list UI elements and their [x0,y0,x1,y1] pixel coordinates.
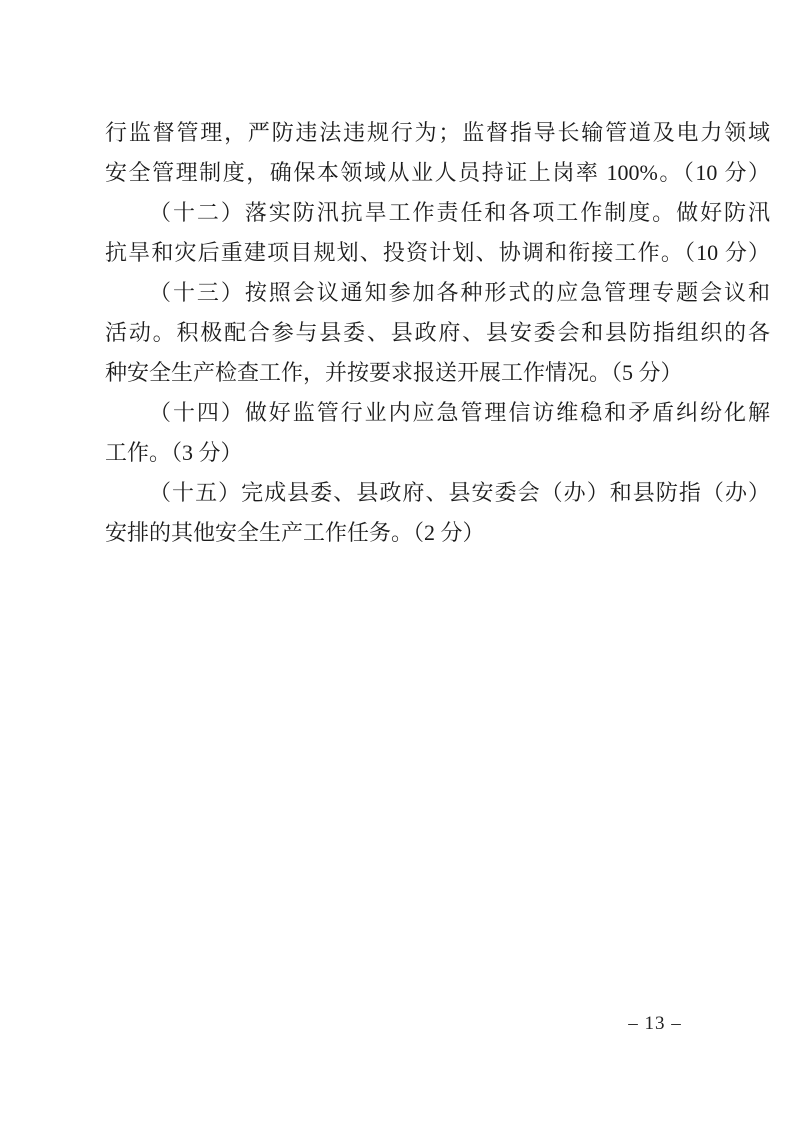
text-line: 种安全生产检查工作，并按要求报送开展工作情况。（5 分） [105,353,770,393]
page-number: – 13 – [615,1011,695,1037]
text-line: 安排的其他安全生产工作任务。（2 分） [105,513,770,553]
text-line: （十四）做好监管行业内应急管理信访维稳和矛盾纠纷化解 [105,393,770,433]
document-body: 行监督管理，严防违法违规行为；监督指导长输管道及电力领域安全管理制度，确保本领域… [105,113,770,553]
text-line: 活动。积极配合参与县委、县政府、县安委会和县防指组织的各 [105,313,770,353]
text-line: 抗旱和灾后重建项目规划、投资计划、协调和衔接工作。（10 分） [105,233,770,273]
text-line: （十三）按照会议通知参加各种形式的应急管理专题会议和 [105,273,770,313]
text-line: 工作。（3 分） [105,433,770,473]
document-page: 行监督管理，严防违法违规行为；监督指导长输管道及电力领域安全管理制度，确保本领域… [0,0,793,1122]
text-line: 行监督管理，严防违法违规行为；监督指导长输管道及电力领域 [105,113,770,153]
text-line: 安全管理制度，确保本领域从业人员持证上岗率 100%。（10 分） [105,153,770,193]
text-line: （十五）完成县委、县政府、县安委会（办）和县防指（办） [105,473,770,513]
text-line: （十二）落实防汛抗旱工作责任和各项工作制度。做好防汛 [105,193,770,233]
